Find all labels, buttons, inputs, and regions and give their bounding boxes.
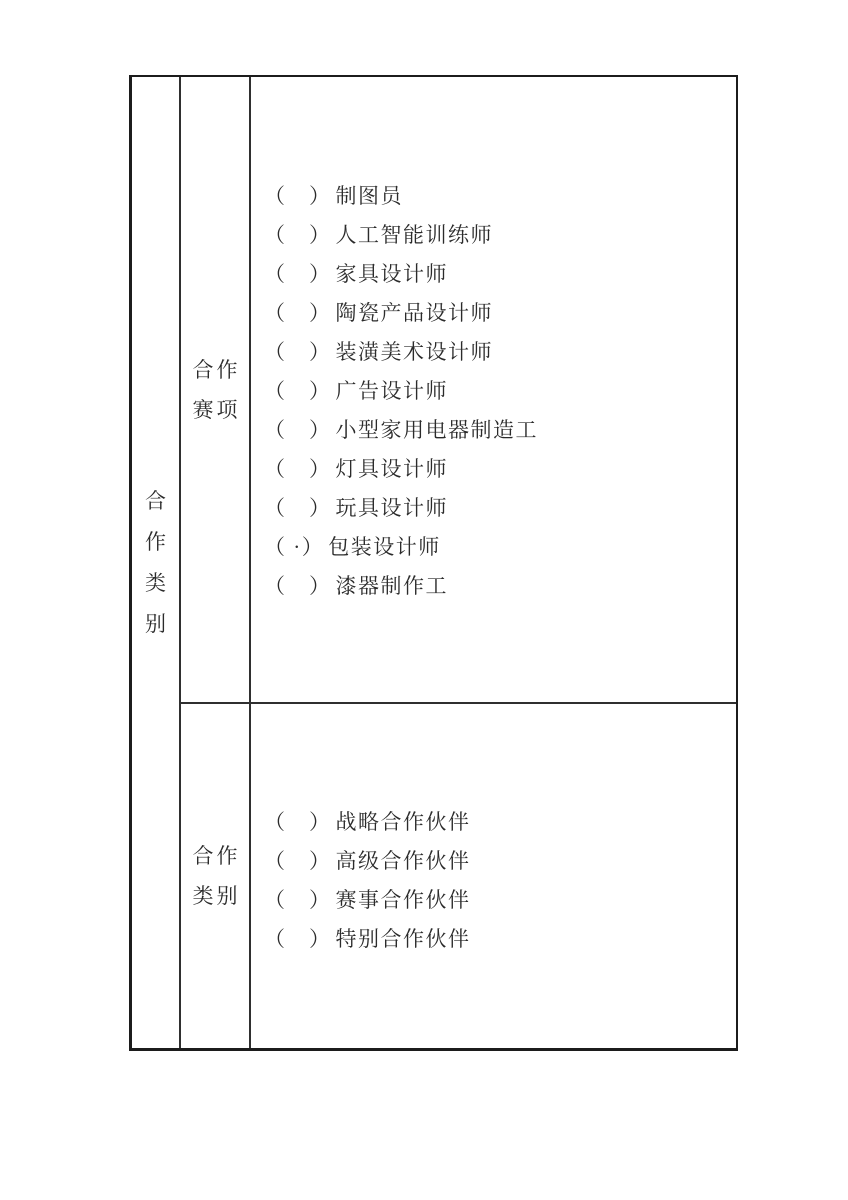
item-label: 漆器制作工	[336, 574, 449, 598]
section-cooperation-events: 合作 赛项 （ ）制图员 （ ）人工智能训练师 （ ）家具设计师 （ ）陶瓷产品…	[181, 77, 736, 702]
item-label: 装潢美术设计师	[336, 340, 494, 364]
item-label: 赛事合作伙伴	[336, 888, 471, 912]
checkbox-slot: （ ）	[264, 379, 332, 403]
row-group-header-cell: 合 作 类 别	[132, 77, 181, 1048]
section-items-cell: （ ）战略合作伙伴 （ ）高级合作伙伴 （ ）赛事合作伙伴 （ ）特别合作伙伴	[251, 704, 736, 1048]
item-label: 小型家用电器制造工	[336, 418, 539, 442]
item-label: 包装设计师	[328, 535, 441, 559]
checkbox-slot: （ ）	[264, 457, 332, 481]
checkbox-slot: （ ）	[264, 301, 332, 325]
checkbox-slot: （ ）	[264, 574, 332, 598]
checkbox-item: （ ）小型家用电器制造工	[264, 411, 736, 450]
item-label: 家具设计师	[336, 262, 449, 286]
cooperation-form-table: 合 作 类 别 合作 赛项 （ ）制图员 （ ）人工智能训练师 （ ）家具设计师…	[129, 75, 738, 1051]
checkbox-slot: （ ）	[264, 888, 332, 912]
checkbox-item: （ ）装潢美术设计师	[264, 333, 736, 372]
row-group-header-char: 类	[145, 563, 166, 604]
section-label-line: 赛项	[190, 390, 241, 430]
item-label: 玩具设计师	[336, 496, 449, 520]
row-group-header-char: 别	[145, 604, 166, 645]
checkbox-item: （ ）漆器制作工	[264, 567, 736, 606]
section-label-line: 类别	[190, 876, 241, 916]
checkbox-item: （ ·）包装设计师	[264, 528, 736, 567]
checkbox-item: （ ）人工智能训练师	[264, 216, 736, 255]
item-label: 陶瓷产品设计师	[336, 301, 494, 325]
checkbox-slot: （ ）	[264, 496, 332, 520]
table-body: 合作 赛项 （ ）制图员 （ ）人工智能训练师 （ ）家具设计师 （ ）陶瓷产品…	[181, 77, 736, 1048]
checkbox-item: （ ）灯具设计师	[264, 450, 736, 489]
checkbox-slot: （ ·）	[264, 535, 324, 559]
checkbox-slot: （ ）	[264, 262, 332, 286]
checkbox-slot: （ ）	[264, 340, 332, 364]
checkbox-slot: （ ）	[264, 849, 332, 873]
item-label: 特别合作伙伴	[336, 927, 471, 951]
checkbox-item: （ ）特别合作伙伴	[264, 920, 736, 959]
checkbox-slot: （ ）	[264, 184, 332, 208]
item-label: 战略合作伙伴	[336, 810, 471, 834]
section-label-cell: 合作 赛项	[181, 77, 251, 702]
checkbox-item: （ ）玩具设计师	[264, 489, 736, 528]
checkbox-list: （ ）制图员 （ ）人工智能训练师 （ ）家具设计师 （ ）陶瓷产品设计师 （ …	[251, 77, 736, 606]
checkbox-item: （ ）家具设计师	[264, 255, 736, 294]
checkbox-item: （ ）战略合作伙伴	[264, 803, 736, 842]
section-label-cell: 合作 类别	[181, 704, 251, 1048]
section-items-cell: （ ）制图员 （ ）人工智能训练师 （ ）家具设计师 （ ）陶瓷产品设计师 （ …	[251, 77, 736, 702]
checkbox-item: （ ）广告设计师	[264, 372, 736, 411]
checkbox-item: （ ）陶瓷产品设计师	[264, 294, 736, 333]
section-cooperation-category: 合作 类别 （ ）战略合作伙伴 （ ）高级合作伙伴 （ ）赛事合作伙伴 （ ）特…	[181, 702, 736, 1048]
section-label-line: 合作	[190, 836, 241, 876]
section-label-line: 合作	[190, 350, 241, 390]
item-label: 高级合作伙伴	[336, 849, 471, 873]
row-group-header-char: 合	[145, 481, 166, 522]
item-label: 人工智能训练师	[336, 223, 494, 247]
item-label: 广告设计师	[336, 379, 449, 403]
scanned-form-page: 合 作 类 别 合作 赛项 （ ）制图员 （ ）人工智能训练师 （ ）家具设计师…	[0, 0, 848, 1200]
checkbox-slot: （ ）	[264, 810, 332, 834]
item-label: 灯具设计师	[336, 457, 449, 481]
checkbox-slot: （ ）	[264, 927, 332, 951]
item-label: 制图员	[336, 184, 404, 208]
row-group-header-char: 作	[145, 522, 166, 563]
checkbox-list: （ ）战略合作伙伴 （ ）高级合作伙伴 （ ）赛事合作伙伴 （ ）特别合作伙伴	[251, 704, 736, 959]
checkbox-item: （ ）制图员	[264, 177, 736, 216]
checkbox-slot: （ ）	[264, 223, 332, 247]
checkbox-item: （ ）赛事合作伙伴	[264, 881, 736, 920]
checkbox-slot: （ ）	[264, 418, 332, 442]
checkbox-item: （ ）高级合作伙伴	[264, 842, 736, 881]
